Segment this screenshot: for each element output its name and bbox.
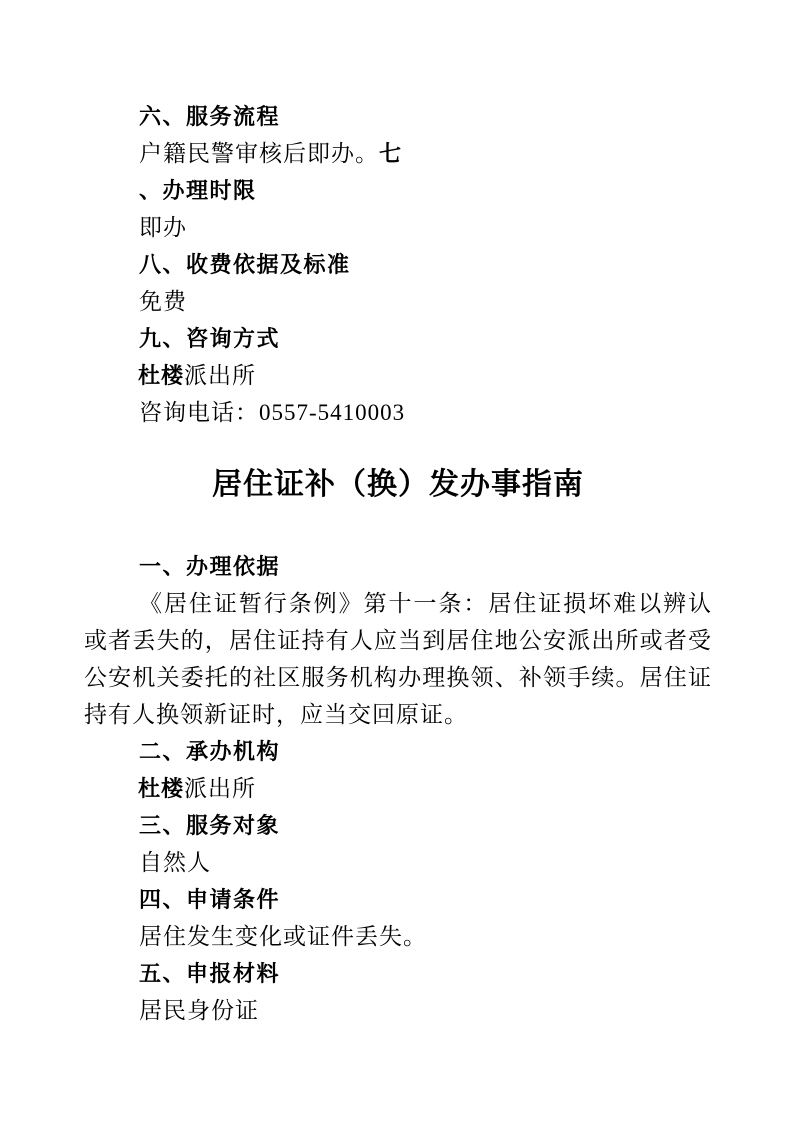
section-3-body: 自然人 <box>84 844 712 881</box>
section-9-office-line: 杜楼派出所 <box>84 357 712 394</box>
section-6-heading: 六、服务流程 <box>84 98 712 135</box>
section-9-office-bold: 杜楼 <box>138 363 184 388</box>
section-1-body-paragraph: 《居住证暂行条例》第十一条：居住证损坏难以辨认或者丢失的，居住证持有人应当到居住… <box>84 585 712 733</box>
section-2-office-bold: 杜楼 <box>138 776 184 801</box>
section-2-office-rest: 派出所 <box>184 776 256 801</box>
section-9-phone: 咨询电话：0557-5410003 <box>84 394 712 431</box>
section-2-heading: 二、承办机构 <box>84 733 712 770</box>
document-content: 六、服务流程 户籍民警审核后即办。七 、办理时限 即办 八、收费依据及标准 免费… <box>84 98 712 1029</box>
section-9-office-rest: 派出所 <box>184 363 256 388</box>
section-7-body: 即办 <box>84 209 712 246</box>
section-6-body-line: 户籍民警审核后即办。七 <box>84 135 712 172</box>
page-title: 居住证补（换）发办事指南 <box>84 463 712 507</box>
section-9-heading: 九、咨询方式 <box>84 320 712 357</box>
section-2-office-line: 杜楼派出所 <box>84 770 712 807</box>
section-8-body: 免费 <box>84 283 712 320</box>
section-5-heading: 五、申报材料 <box>84 955 712 992</box>
section-5-body: 居民身份证 <box>84 992 712 1029</box>
document-page: 六、服务流程 户籍民警审核后即办。七 、办理时限 即办 八、收费依据及标准 免费… <box>0 0 793 1122</box>
section-3-heading: 三、服务对象 <box>84 807 712 844</box>
section-6-body-text: 户籍民警审核后即办。 <box>139 141 379 166</box>
section-4-body: 居住发生变化或证件丢失。 <box>84 918 712 955</box>
section-4-heading: 四、申请条件 <box>84 881 712 918</box>
section-8-heading: 八、收费依据及标准 <box>84 246 712 283</box>
section-7-heading-rest: 、办理时限 <box>84 172 712 209</box>
section-1-heading: 一、办理依据 <box>84 548 712 585</box>
section-7-heading-lead: 七 <box>379 141 402 166</box>
